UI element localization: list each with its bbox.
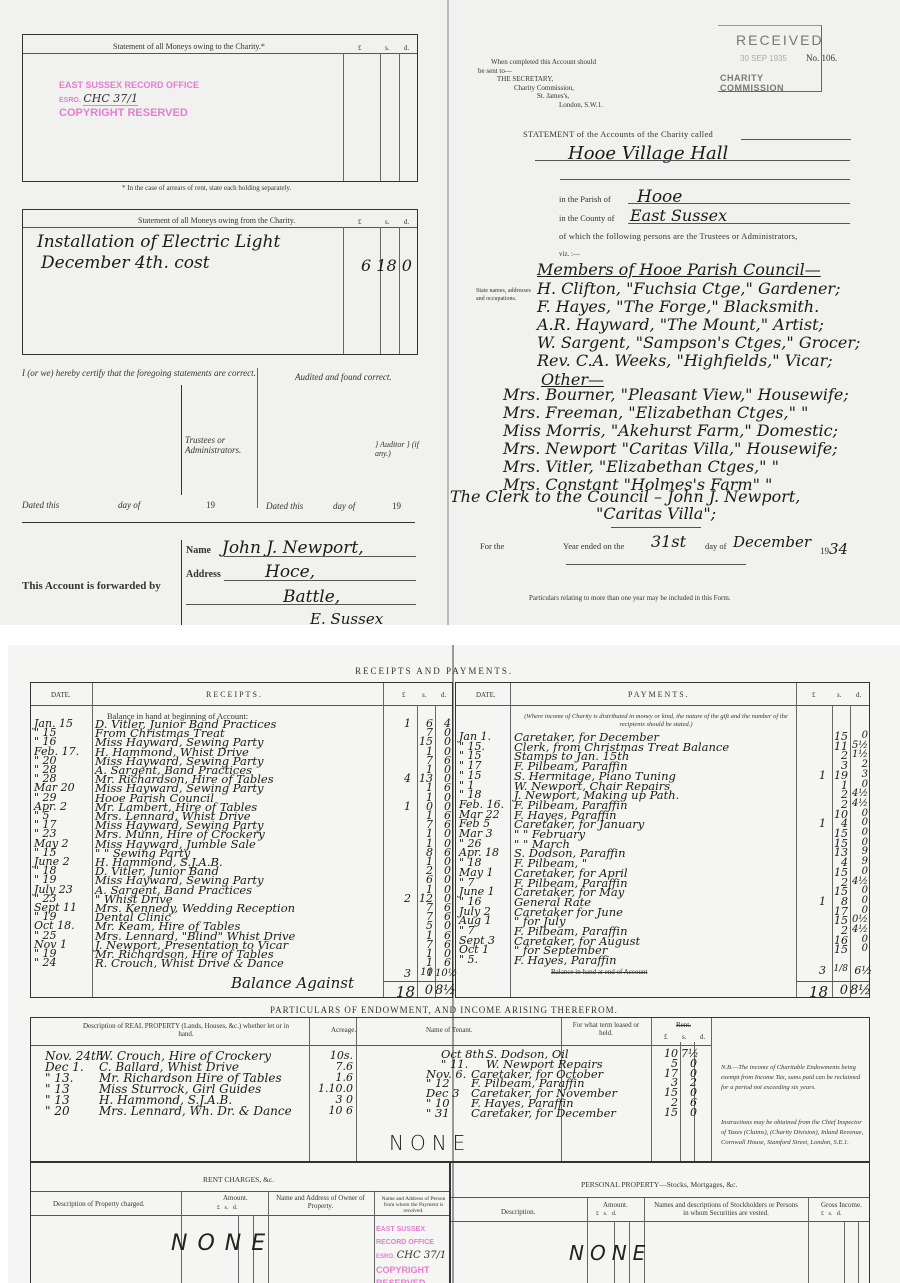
receipt-desc: R. Crouch, Whist Drive & Dance [95, 958, 284, 969]
particulars-note: Particulars relating to more than one ye… [529, 594, 731, 602]
endowment-table: Description of REAL PROPERTY (Lands, Hou… [30, 1017, 870, 1162]
trustees-heading: Members of Hooe Parish Council— [537, 260, 821, 279]
receipts-total-d: 8½ [435, 983, 455, 998]
payment-s: 15 [832, 943, 848, 956]
endowment-right-desc: Caretaker, for December [471, 1108, 616, 1119]
record-office-stamp-2: EAST SUSSEX RECORD OFFICE ESRO. CHC 37/1… [376, 1223, 449, 1283]
year-end-year: 34 [829, 540, 848, 558]
endowment-right-date: " 31 [426, 1108, 471, 1119]
receipt-l: 1 [383, 800, 411, 813]
others-list: Mrs. Bourner, "Pleasant View," Housewife… [503, 386, 849, 494]
endowment-none: NONE [389, 1131, 471, 1155]
endowment-right-s: 15 [661, 1106, 678, 1119]
payments-total-s: 0 [832, 983, 848, 998]
trustees-list: H. Clifton, "Fuchsia Ctge," Gardener; F.… [537, 280, 860, 370]
forwarded-address-3: E. Sussex [310, 610, 383, 628]
payments-total-d: 8½ [850, 983, 870, 998]
payment-l: 1 [796, 817, 826, 830]
payment-d: 0 [850, 943, 868, 954]
owing-from-line2: December 4th. cost [41, 253, 210, 273]
side-note: State names, addresses and occupations. [476, 287, 531, 303]
owing-from-box: Statement of all Moneys owing from the C… [22, 209, 418, 355]
endowment-date: " 20 [45, 1106, 100, 1117]
audited-text: Audited and found correct. [295, 372, 392, 382]
statement-label: STATEMENT of the Accounts of the Charity… [523, 129, 713, 139]
trustees-label: Trustees or Administrators. [185, 435, 245, 455]
endowment-amount: 10 6 [311, 1104, 353, 1117]
owing-from-header: Statement of all Moneys owing from the C… [138, 216, 295, 225]
balance-against-d: 10½ [435, 968, 453, 979]
owing-to-header: Statement of all Moneys owing to the Cha… [113, 42, 265, 51]
receipt-l: 2 [383, 892, 411, 905]
endowment-desc: Mrs. Lennard, Wh. Dr. & Dance [99, 1106, 292, 1117]
endowment-right-d: 0 [681, 1106, 697, 1119]
owing-from-line1: Installation of Electric Light [37, 232, 280, 252]
owing-to-box: Statement of all Moneys owing to the Cha… [22, 34, 418, 182]
parish-value: Hooe [637, 187, 682, 207]
forwarded-by-label: This Account is forwarded by [22, 580, 161, 592]
payments-table: DATE. PAYMENTS. £ s. d. (Where income of… [455, 682, 870, 998]
year-end-month: December [733, 533, 811, 551]
payment-desc: F. Hayes, Paraffin [514, 955, 617, 966]
receipts-payments-title: RECEIPTS AND PAYMENTS. [355, 666, 513, 676]
instructions-note: Instructions may be obtained from the Ch… [721, 1118, 866, 1148]
certify-text: I (or we) hereby certify that the forego… [22, 368, 257, 378]
receipts-total-l: 18 [383, 983, 415, 1001]
personal-property-none: NONE [569, 1241, 651, 1265]
forwarded-address-1: Hoce, [265, 562, 315, 582]
receipt-date: " 24 [34, 958, 90, 969]
receipts-table: DATE. RECEIPTS. £ s. d. Balance in hand … [30, 682, 453, 998]
payment-l: 1 [796, 769, 826, 782]
payment-l: 1 [796, 895, 826, 908]
send-to-block: When completed this Account should be se… [478, 58, 603, 109]
balance-against-label: Balance Against [231, 974, 354, 992]
nb-note: N.B.—The income of Charitable Endowments… [721, 1063, 866, 1093]
rent-charges-none: NONE [171, 1231, 275, 1256]
receipt-l: 4 [383, 772, 411, 785]
record-office-stamp: EAST SUSSEX RECORD OFFICE ESRO. CHC 37/1… [59, 79, 199, 120]
endowment-title: PARTICULARS OF ENDOWMENT, AND INCOME ARI… [270, 1005, 618, 1015]
personal-property-table: PERSONAL PROPERTY—Stocks, Mortgages, &c.… [450, 1162, 870, 1283]
receipt-l: 3 [383, 967, 411, 980]
struck-balance-label: Balance in hand at end of Account [551, 968, 647, 976]
forwarded-name: John J. Newport, [222, 538, 364, 558]
payments-total-l: 18 [796, 983, 828, 1001]
clerk-line2: "Caritas Villa"; [596, 504, 716, 523]
owing-from-amount: 6 18 0 [361, 256, 412, 275]
payment-date: " 5. [459, 955, 509, 966]
arrears-footnote: * In the case of arrears of rent, state … [122, 184, 291, 192]
rent-charges-table: RENT CHARGES, &c. Description of Propert… [30, 1162, 450, 1283]
year-end-day: 31st [651, 532, 686, 551]
receipt-l: 1 [383, 717, 411, 730]
form-number: 106. [822, 53, 838, 63]
receipts-total-s: 0 [417, 983, 433, 998]
balance-against-s: 1 [417, 968, 433, 979]
auditor-label: } Auditor } (if any.) [375, 440, 420, 458]
